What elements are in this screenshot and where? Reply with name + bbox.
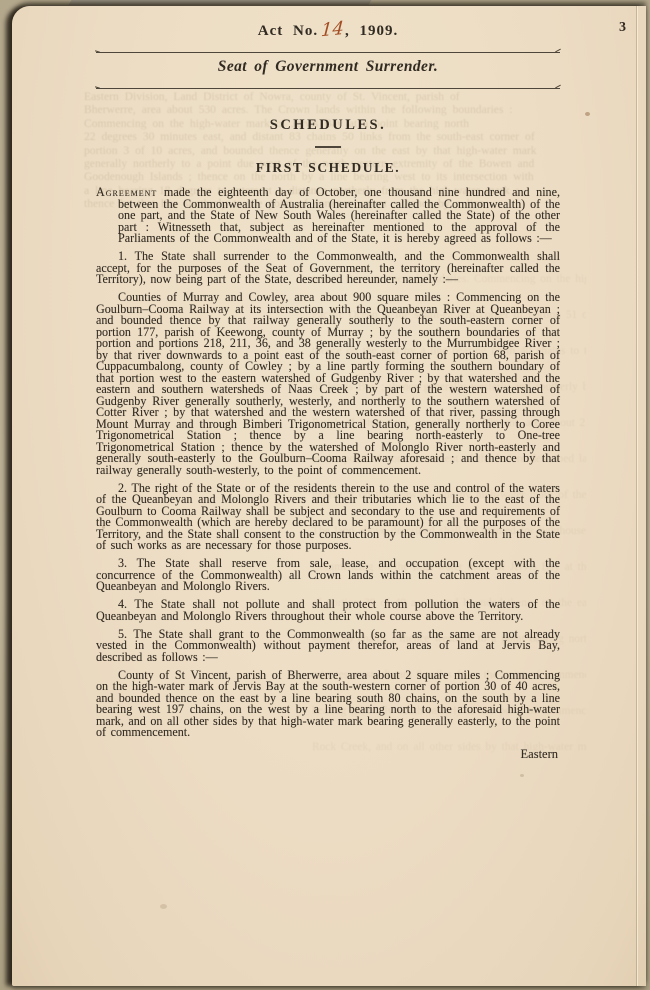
territory-description: Counties of Murray and Cowley, area abou… (96, 292, 560, 476)
clause-4: 4. The State shall not pollute and shall… (96, 599, 560, 622)
section-divider (315, 146, 341, 148)
text-column: 3 Act No.14, 1909. Seat of Government Su… (12, 6, 646, 986)
document-subtitle: Seat of Government Surrender. (96, 58, 560, 76)
page-number: 3 (619, 20, 626, 36)
agreement-preamble: Agreement made the eighteenth day of Oct… (96, 187, 560, 245)
act-title: Act No.14, 1909. (96, 19, 560, 40)
first-schedule-heading: FIRST SCHEDULE. (96, 160, 560, 176)
schedules-heading: SCHEDULES. (96, 117, 560, 134)
horizontal-rule-bottom (96, 88, 560, 89)
act-title-suffix: , 1909. (345, 23, 398, 39)
handwritten-act-number: 14 (320, 18, 344, 42)
document-page: Eastern Division, Land District of Nowra… (12, 6, 646, 986)
act-title-prefix: Act No. (258, 23, 318, 39)
clause-1: 1. The State shall surrender to the Comm… (96, 251, 560, 286)
clause-2: 2. The right of the State or of the resi… (96, 483, 560, 552)
agreement-body: made the eighteenth day of October, one … (118, 185, 560, 245)
clause-3: 3. The State shall reserve from sale, le… (96, 558, 560, 593)
backdrop-wedge (68, 0, 371, 5)
scan-backdrop: Eastern Division, Land District of Nowra… (0, 0, 650, 990)
catchword: Eastern (96, 747, 560, 762)
jervis-bay-description: County of St Vincent, parish of Bherwerr… (96, 670, 560, 739)
clause-5: 5. The State shall grant to the Commonwe… (96, 629, 560, 664)
horizontal-rule-top (96, 52, 560, 53)
